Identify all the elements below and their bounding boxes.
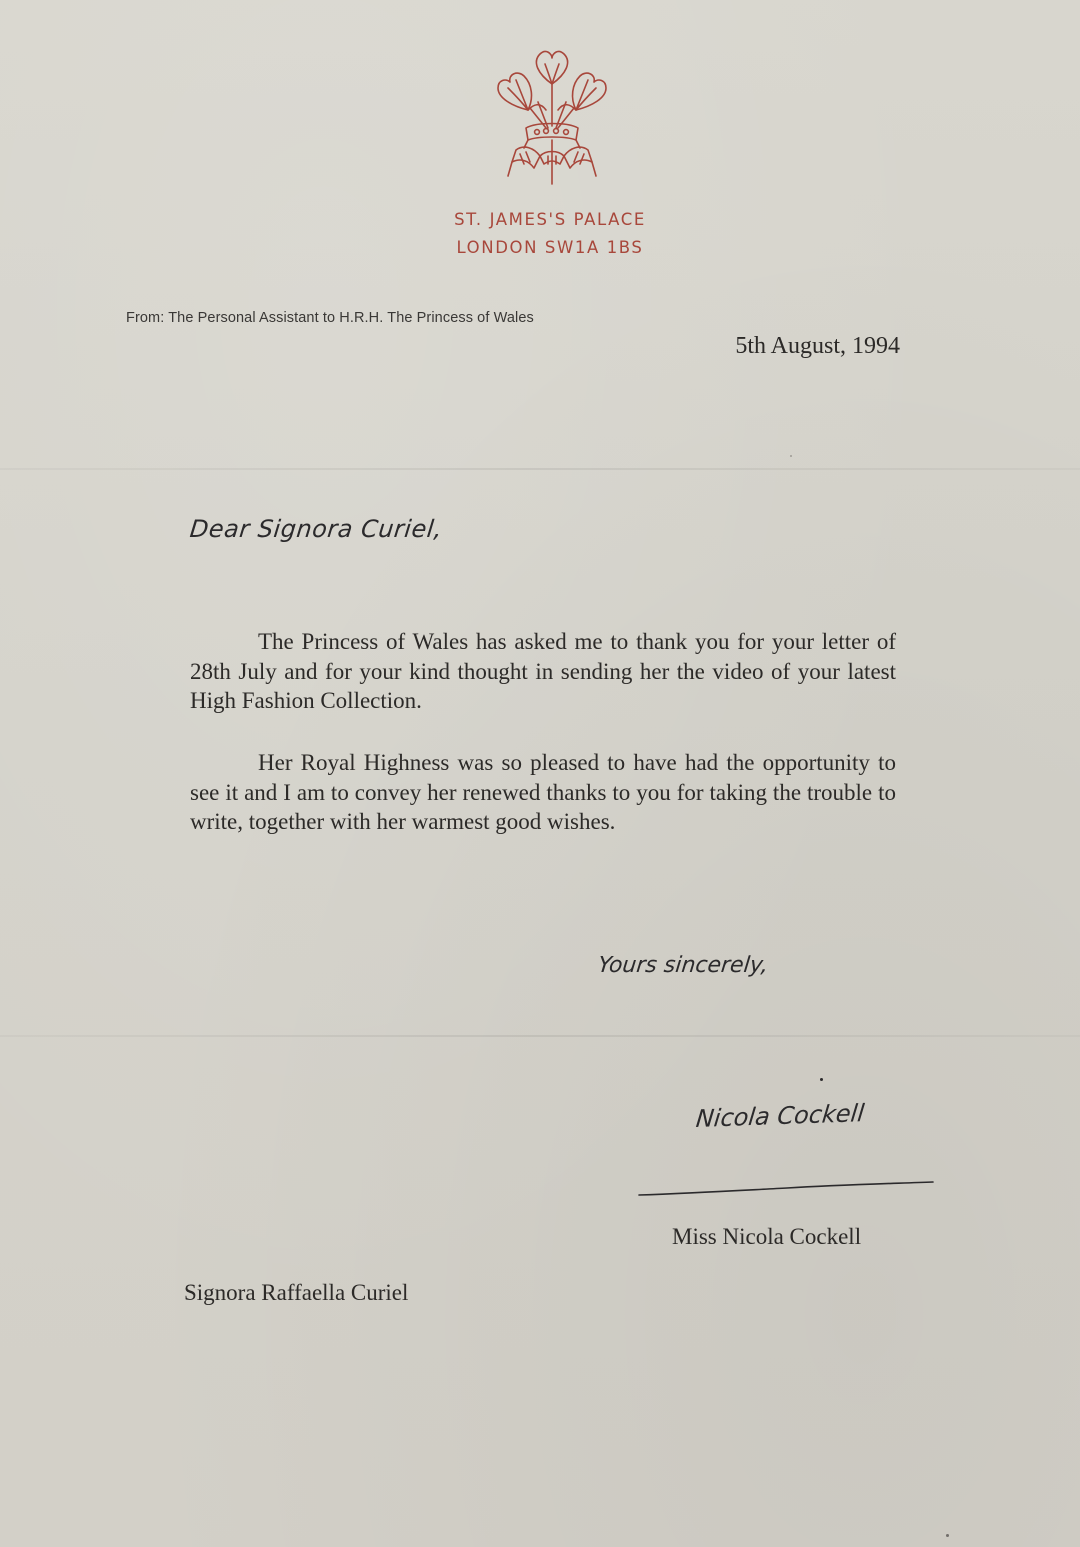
paragraph-text: The Princess of Wales has asked me to th… [190,627,896,716]
handwritten-signature: Nicola Cockell [695,1099,866,1133]
recipient-name: Signora Raffaella Curiel [184,1280,408,1306]
paragraph-text: Her Royal Highness was so pleased to hav… [190,748,896,837]
paper-fold-line [0,1035,1080,1037]
prince-of-wales-feathers-crest-icon [490,44,614,189]
signature-underline [637,1180,935,1210]
letterhead-address-line-2: LONDON SW1A 1BS [400,238,700,257]
letter-date: 5th August, 1994 [735,333,900,360]
paper-speck [790,455,792,457]
handwritten-salutation: Dear Signora Curiel, [189,515,444,543]
signature-dot [820,1078,823,1081]
letter-paragraph-2: Her Royal Highness was so pleased to hav… [190,748,896,837]
sender-line: From: The Personal Assistant to H.R.H. T… [126,310,534,326]
paper-fold-line [0,468,1080,470]
handwritten-closing: Yours sincerely, [597,953,770,978]
letterhead-address-line-1: ST. JAMES'S PALACE [400,210,700,229]
letter-paragraph-1: The Princess of Wales has asked me to th… [190,627,896,716]
signatory-name: Miss Nicola Cockell [672,1224,861,1250]
paper-speck [946,1534,949,1537]
